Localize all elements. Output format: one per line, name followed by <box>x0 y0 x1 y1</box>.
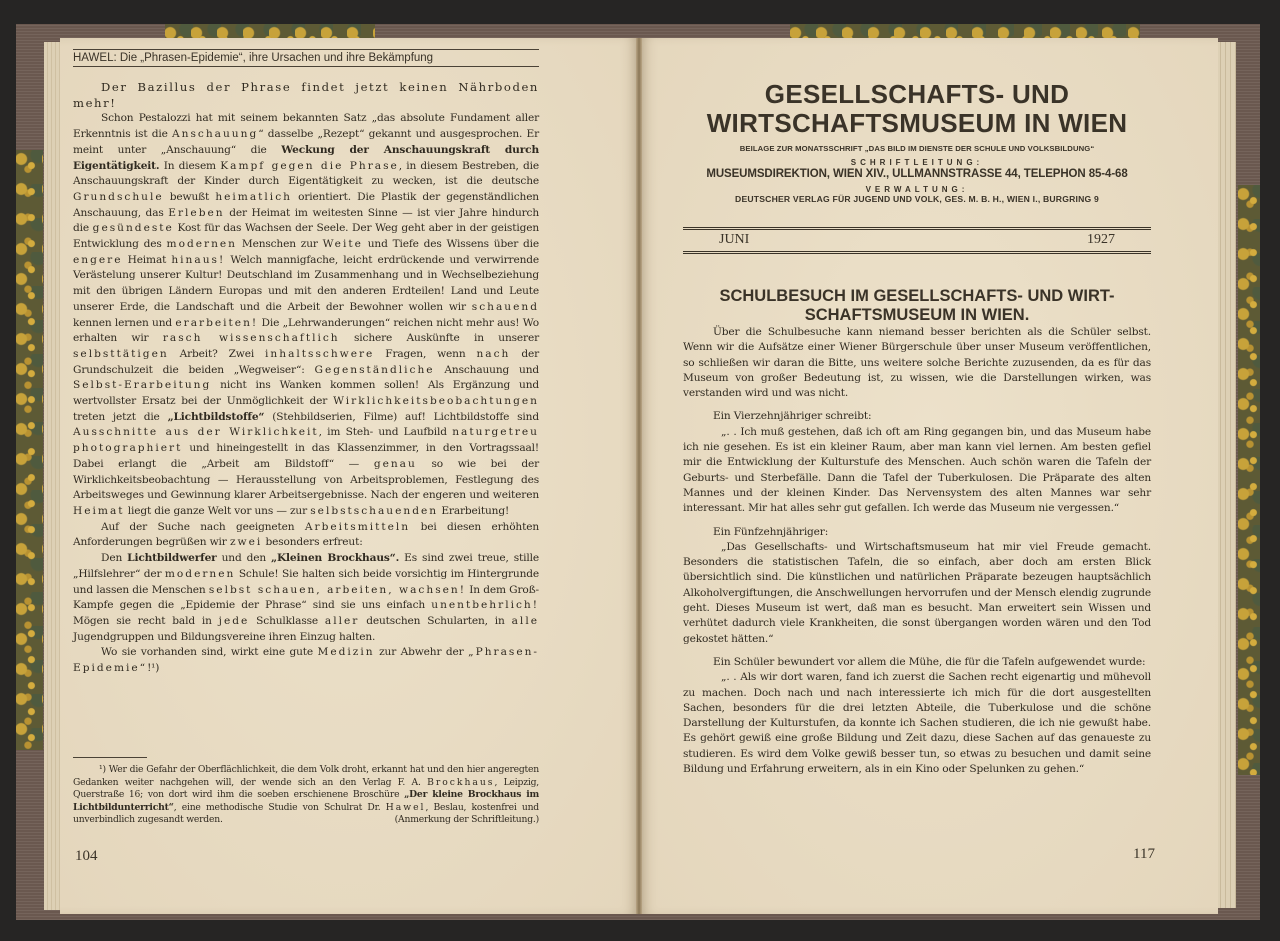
paragraph: Ein Schüler bewundert vor allem die Mühe… <box>683 655 1151 670</box>
paragraph: Den Lichtbildwerfer und den „Kleinen Bro… <box>73 551 539 645</box>
paragraph: Schon Pestalozzi hat mit seinem bekannte… <box>73 111 539 519</box>
paragraph: Auf der Suche nach geeigneten Arbeitsmit… <box>73 520 539 551</box>
paragraph: Ein Vierzehnjähriger schreibt: <box>683 409 1151 424</box>
schriftleitung-label: SCHRIFTLEITUNG: <box>683 158 1151 167</box>
verwaltung-address: DEUTSCHER VERLAG FÜR JUGEND UND VOLK, GE… <box>683 194 1151 204</box>
footnote-signature: (Anmerkung der Schriftleitung.) <box>369 814 539 827</box>
right-article-body: Über die Schulbesuche kann niemand besse… <box>683 325 1151 777</box>
marbled-edge-top-left <box>165 24 375 39</box>
quote-paragraph: „. . Ich muß gestehen, daß ich oft am Ri… <box>683 425 1151 517</box>
quote-paragraph: „. . Als wir dort waren, fand ich zuerst… <box>683 670 1151 777</box>
paragraph: Über die Schulbesuche kann niemand besse… <box>683 325 1151 401</box>
page-number-left: 104 <box>75 848 98 865</box>
running-head: HAWEL: Die „Phrasen-Epidemie“, ihre Ursa… <box>73 49 539 67</box>
masthead-subtitle: BEILAGE ZUR MONATSSCHRIFT „DAS BILD IM D… <box>683 144 1151 153</box>
page-stack-right <box>1216 42 1236 908</box>
schriftleitung-address: MUSEUMSDIREKTION, WIEN XIV., ULLMANNSTRA… <box>683 168 1151 180</box>
verwaltung-label: VERWALTUNG: <box>683 185 1151 194</box>
lead-sentence: Der Bazillus der Phrase findet jetzt kei… <box>73 80 539 111</box>
masthead-title-line2: WIRTSCHAFTSMUSEUM IN WIEN <box>683 109 1151 138</box>
article-title: SCHULBESUCH IM GESELLSCHAFTS- UND WIRT-S… <box>683 287 1151 325</box>
book-gutter <box>636 38 642 914</box>
marbled-edge-right <box>1238 185 1260 775</box>
marbled-edge-left <box>16 150 43 750</box>
masthead: GESELLSCHAFTS- UND WIRTSCHAFTSMUSEUM IN … <box>683 80 1151 204</box>
paragraph: Wo sie vorhanden sind, wirkt eine gute M… <box>73 645 539 676</box>
issue-month: JUNI <box>683 232 749 247</box>
issue-dateline: JUNI 1927 <box>683 227 1151 254</box>
footnote-rule <box>73 757 147 758</box>
quote-paragraph: „Das Gesellschafts- und Wirtschaftsmuseu… <box>683 540 1151 647</box>
left-article-body: Der Bazillus der Phrase findet jetzt kei… <box>73 80 539 677</box>
paragraph: Ein Fünfzehnjähriger: <box>683 525 1151 540</box>
footnote: ¹) Wer die Gefahr der Oberflächlichkeit,… <box>73 764 539 827</box>
marbled-edge-top-right <box>790 24 1140 39</box>
masthead-title-line1: GESELLSCHAFTS- UND <box>683 80 1151 109</box>
page-number-right: 117 <box>1133 846 1155 863</box>
issue-year: 1927 <box>1087 232 1151 247</box>
